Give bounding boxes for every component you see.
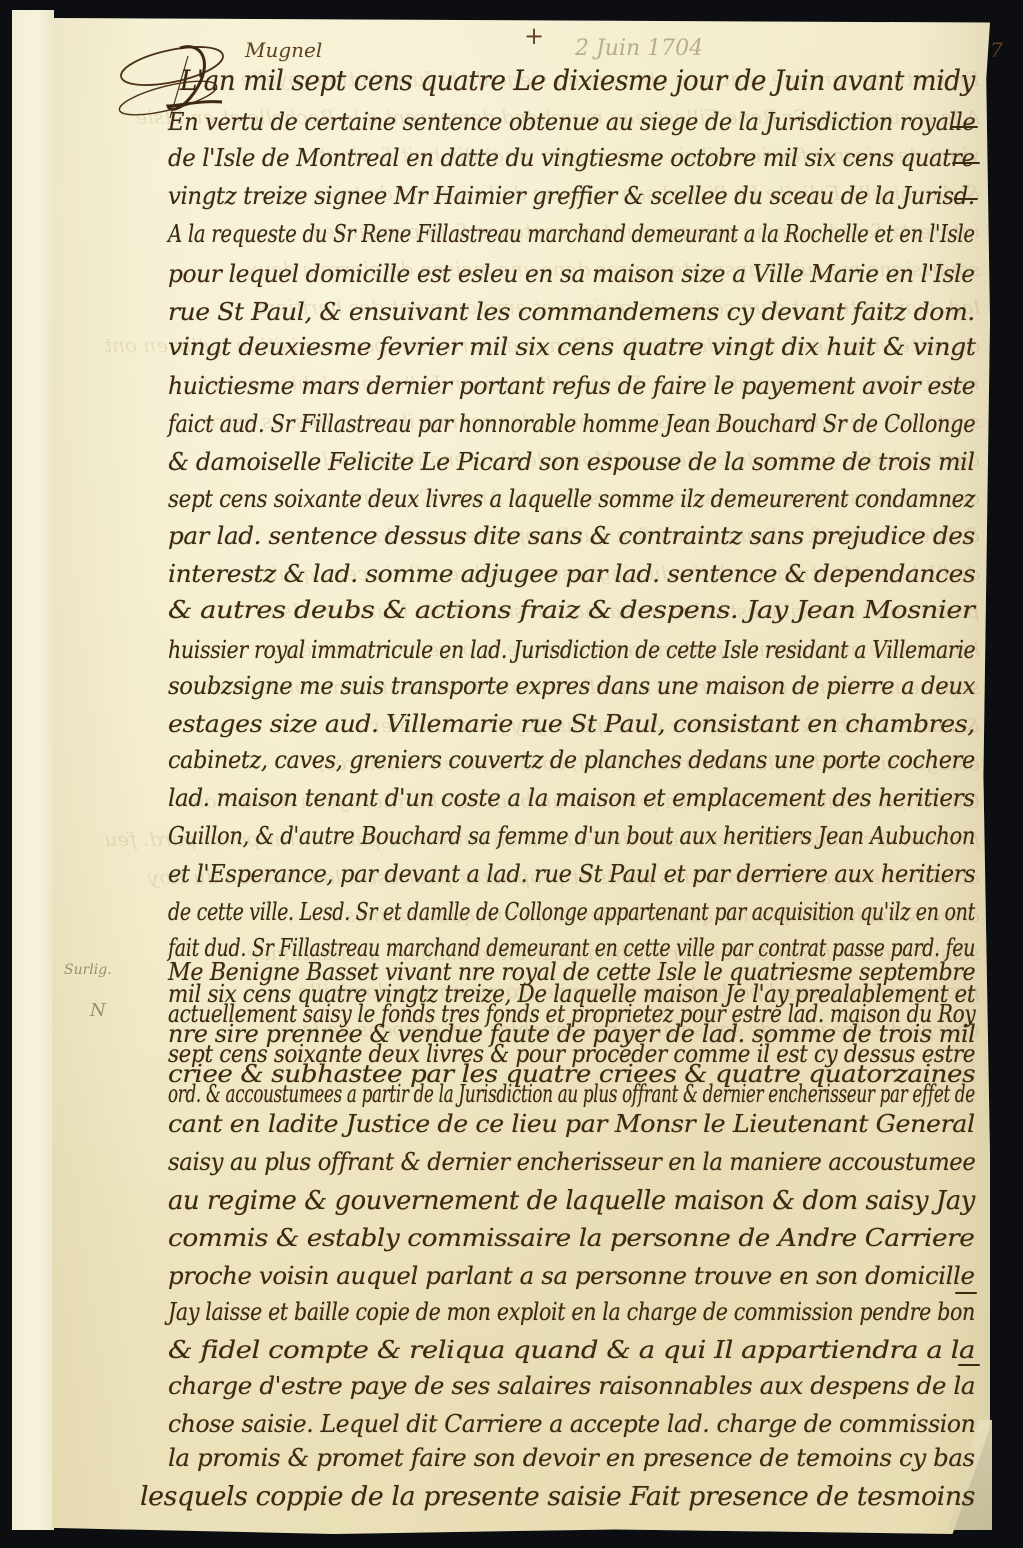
text-line-34: au regime & gouvernement de laquelle mai… bbox=[168, 1186, 975, 1216]
text-line-33: saisy au plus offrant & dernier encheris… bbox=[168, 1148, 975, 1176]
text-line-42: lesquels coppie de la presente saisie Fa… bbox=[140, 1482, 975, 1512]
line-end-dash bbox=[955, 1292, 977, 1294]
text-line-15: & autres deubs & actions fraiz & despens… bbox=[168, 596, 975, 624]
binding-strip bbox=[12, 10, 54, 1530]
text-line-16: huissier royal immatricule en lad. Juris… bbox=[168, 636, 975, 664]
text-line-22: et l'Esperance, par devant a lad. rue St… bbox=[168, 860, 975, 888]
text-line-23: de cette ville. Lesd. Sr et damlle de Co… bbox=[168, 898, 975, 926]
text-line-17: soubzsigne me suis transporte expres dan… bbox=[168, 672, 975, 700]
line-end-dash bbox=[954, 198, 978, 200]
margin-note: N bbox=[90, 1000, 106, 1021]
line-end-dash bbox=[950, 126, 978, 128]
text-line-10: faict aud. Sr Fillastreau par honnorable… bbox=[168, 410, 975, 438]
line-end-dash bbox=[952, 162, 980, 164]
top-cross-mark: + bbox=[524, 22, 544, 50]
text-line-4: vingtz treize signee Mr Haimier greffier… bbox=[168, 182, 975, 210]
top-right-mark: 7 bbox=[990, 38, 1003, 62]
text-line-41: la promis & promet faire son devoir en p… bbox=[168, 1444, 975, 1472]
text-line-36: proche voisin auquel parlant a sa person… bbox=[168, 1262, 975, 1290]
text-line-12: sept cens soixante deux livres a laquell… bbox=[168, 485, 975, 513]
text-line-14: interestz & lad. somme adjugee par lad. … bbox=[168, 560, 975, 588]
text-line-19: cabinetz, caves, greniers couvertz de pl… bbox=[168, 746, 975, 774]
text-line-35: commis & estably commissaire la personne… bbox=[168, 1224, 974, 1252]
text-line-11: & damoiselle Felicite Le Picard son espo… bbox=[168, 448, 975, 476]
line-end-dash bbox=[958, 1364, 980, 1366]
text-line-21: Guillon, & d'autre Bouchard sa femme d'u… bbox=[168, 822, 975, 850]
text-line-32: cant en ladite Justice de ce lieu par Mo… bbox=[168, 1110, 975, 1138]
text-line-6: pour lequel domicille est esleu en sa ma… bbox=[168, 260, 975, 288]
top-note-name: Mugnel bbox=[245, 38, 322, 62]
text-line-40: chose saisie. Lequel dit Carriere a acce… bbox=[168, 1410, 975, 1438]
text-line-20: lad. maison tenant d'un coste a la maiso… bbox=[168, 784, 975, 812]
text-line-18: estages size aud. Villemarie rue St Paul… bbox=[168, 710, 975, 738]
margin-note: Surlig. bbox=[64, 962, 112, 978]
text-line-37: Jay laisse et baille copie de mon exploi… bbox=[168, 1298, 975, 1326]
text-line-38: & fidel compte & reliqua quand & a qui I… bbox=[168, 1336, 975, 1364]
text-line-9: huictiesme mars dernier portant refus de… bbox=[168, 372, 975, 400]
text-line-39: charge d'estre paye de ses salaires rais… bbox=[168, 1372, 975, 1400]
text-line-7: rue St Paul, & ensuivant les commandemen… bbox=[168, 298, 975, 326]
text-line-2: En vertu de certaine sentence obtenue au… bbox=[168, 108, 975, 136]
top-date-note: 2 Juin 1704 bbox=[575, 36, 703, 61]
text-line-31: ord. & accoustumees a partir de la Juris… bbox=[168, 1080, 975, 1108]
text-line-5: A la requeste du Sr Rene Fillastreau mar… bbox=[168, 220, 975, 248]
text-line-8: vingt deuxiesme fevrier mil six cens qua… bbox=[168, 333, 976, 361]
text-line-3: de l'Isle de Montreal en datte du vingti… bbox=[168, 144, 975, 172]
text-line-1: L'an mil sept cens quatre Le dixiesme jo… bbox=[180, 64, 975, 97]
text-line-13: par lad. sentence dessus dite sans & con… bbox=[168, 522, 975, 550]
